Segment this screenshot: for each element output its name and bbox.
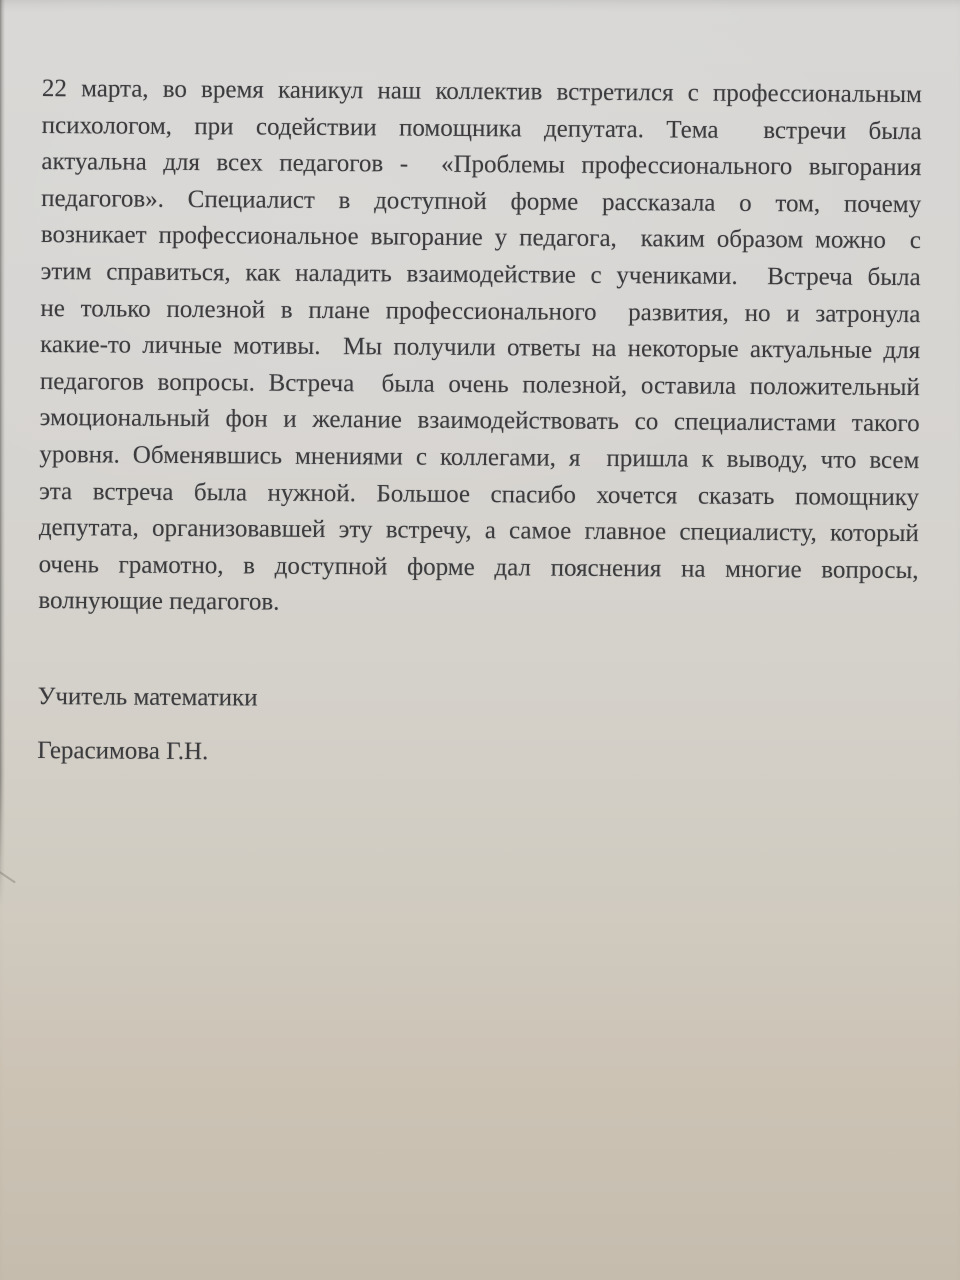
- paragraph-line: волнующие педагогов.: [38, 583, 918, 626]
- paragraph-line: эмоциональный фон и желание взаимодейств…: [40, 400, 920, 443]
- signature-role: Учитель математики: [38, 679, 258, 717]
- paragraph-line: этим справиться, как наладить взаимодейс…: [41, 254, 921, 297]
- paragraph-line: актуальна для всех педагогов - «Проблемы…: [41, 144, 921, 187]
- paragraph-line: возникает профессиональное выгорание у п…: [41, 217, 921, 260]
- paragraph-line: уровня. Обменявшись мнениями с коллегами…: [39, 437, 919, 480]
- report-paragraph: 22 марта, во время каникул наш коллектив…: [38, 71, 922, 626]
- paragraph-line: депутата, организовавшей эту встречу, а …: [39, 510, 919, 553]
- paragraph-line: педагогов вопросы. Встреча была очень по…: [40, 364, 920, 407]
- paragraph-line: очень грамотно, в доступной форме дал по…: [38, 547, 918, 590]
- paragraph-line: психологом, при содействии помощника деп…: [42, 108, 922, 151]
- paragraph-line: 22 марта, во время каникул наш коллектив…: [42, 71, 922, 114]
- paragraph-line: какие-то личные мотивы. Мы получили отве…: [40, 327, 920, 370]
- paragraph-line: не только полезной в плане профессиональ…: [40, 291, 920, 334]
- printed-text-layer: 22 марта, во время каникул наш коллектив…: [0, 0, 960, 1280]
- paragraph-line: эта встреча была нужной. Большое спасибо…: [39, 474, 919, 517]
- paragraph-line: педагогов». Специалист в доступной форме…: [41, 181, 921, 224]
- signature-name: Герасимова Г.Н.: [37, 733, 208, 771]
- paper-sheet: 22 марта, во время каникул наш коллектив…: [0, 0, 960, 1280]
